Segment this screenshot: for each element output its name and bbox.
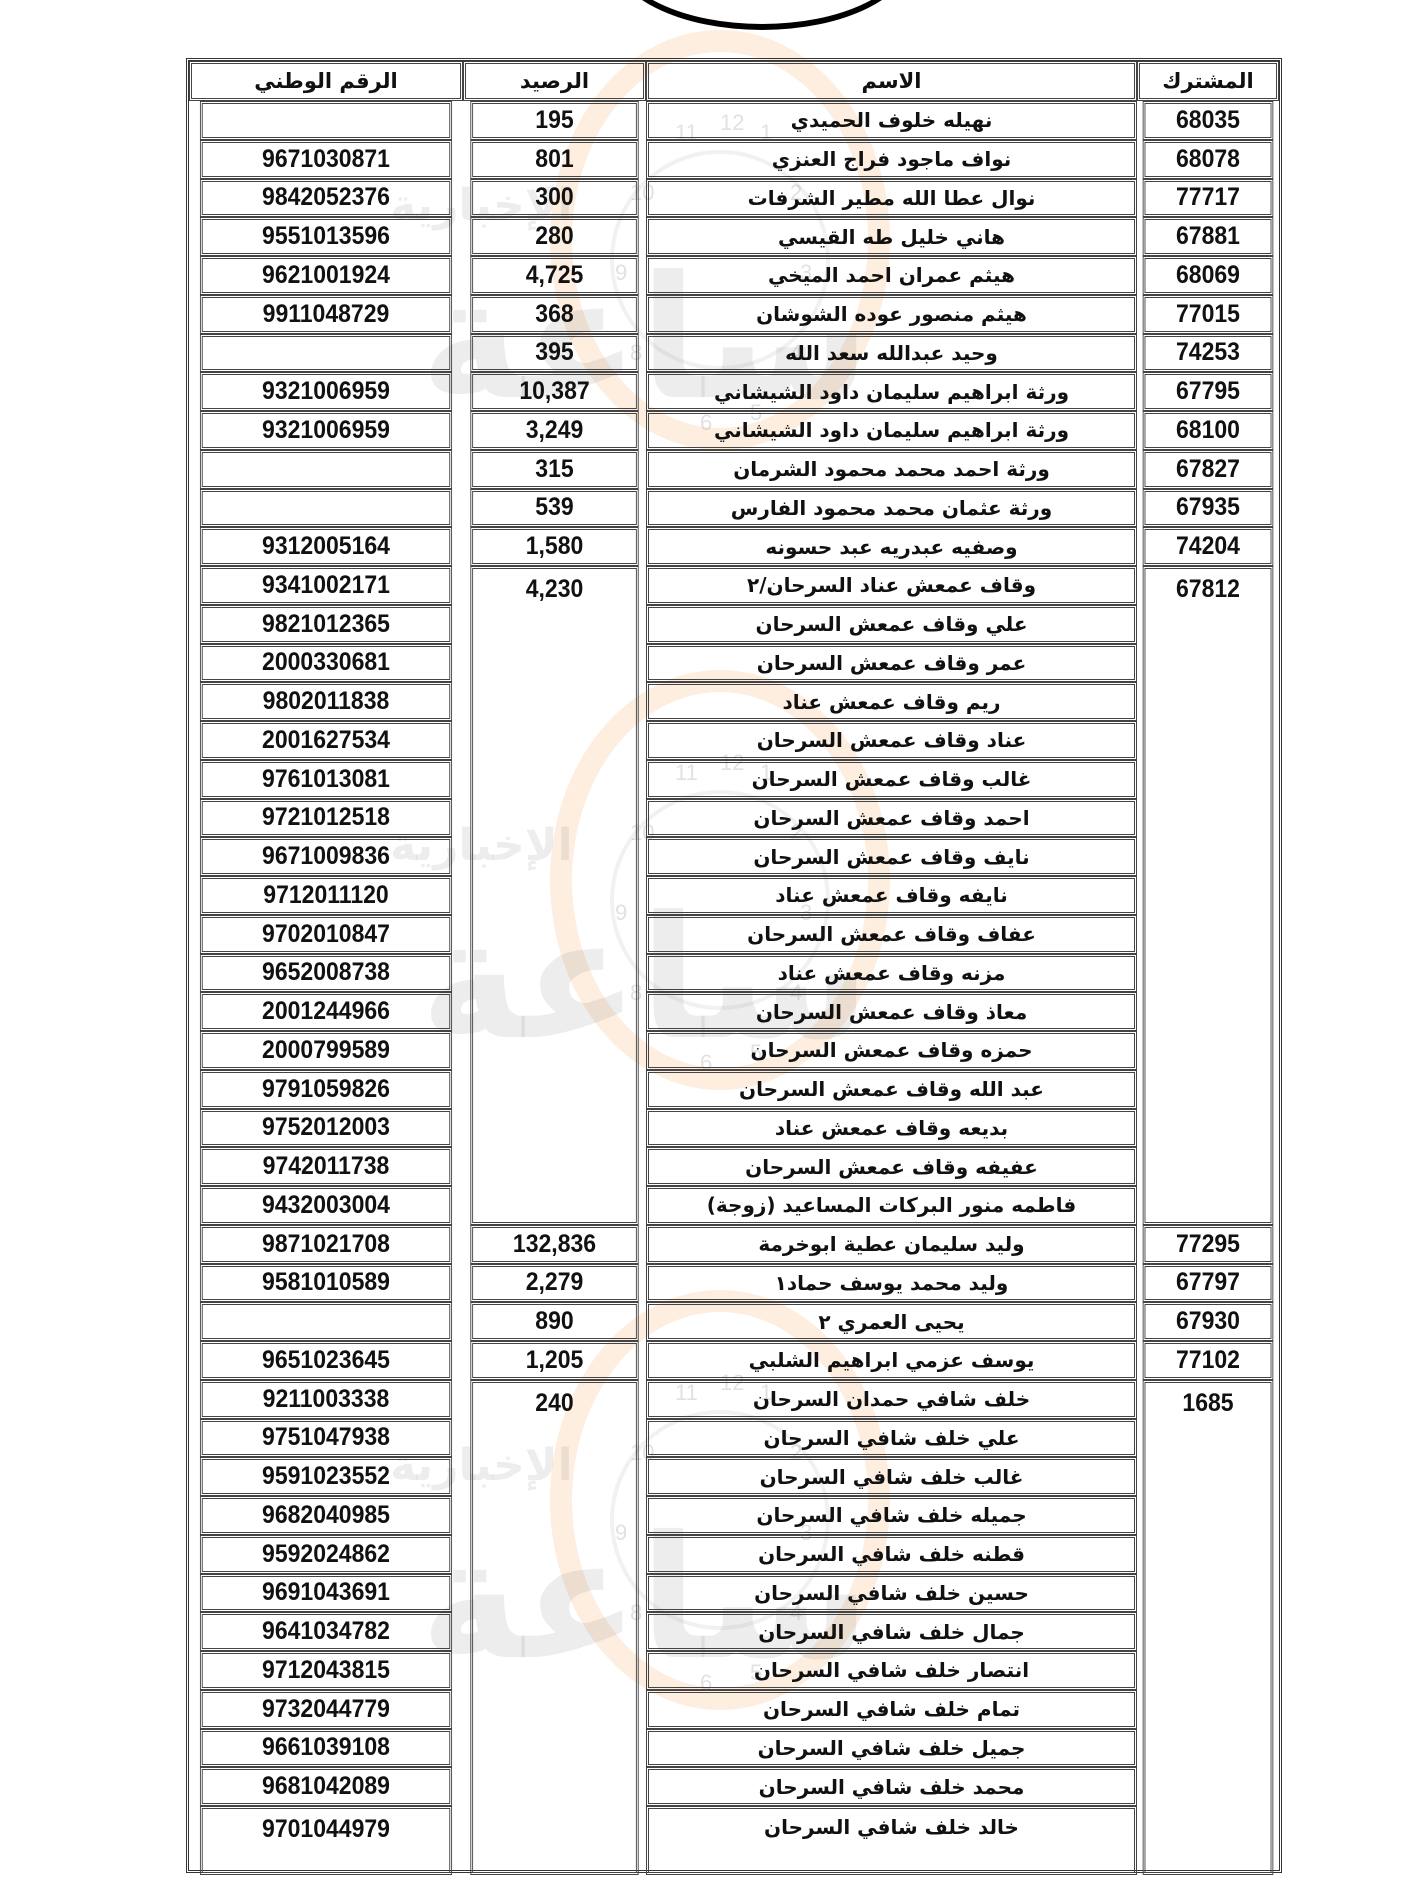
name-cell: غالب وقاف عمعش السرحان [646,760,1137,799]
name-cell: محمد خلف شافي السرحان [646,1767,1137,1806]
national-id-cell: 9651023645 [200,1341,452,1380]
national-id-cell: 9712011120 [200,876,452,915]
national-id-cell: 2000799589 [200,1031,452,1070]
national-id-cell: 9321006959 [200,411,452,450]
balance-table: الرقم الوطني الرصيد الاسم المشترك 680351… [186,58,1282,1873]
national-id-cell: 9432003004 [200,1186,452,1225]
name-cell: نواف ماجود فراج العنزي [646,140,1137,179]
name-cell: عبد الله وقاف عمعش السرحان [646,1070,1137,1109]
national-id-cell: 9721012518 [200,799,452,838]
name-cell: نوال عطا الله مطير الشرفات [646,179,1137,218]
national-id-cell: 9691043691 [200,1574,452,1613]
name-cell: وقاف عمعش عناد السرحان/٢ [646,566,1137,605]
name-cell: ريم وقاف عمعش عناد [646,682,1137,721]
name-cell: تمام خلف شافي السرحان [646,1690,1137,1729]
national-id-cell: 9652008738 [200,954,452,993]
name-cell: معاذ وقاف عمعش السرحان [646,992,1137,1031]
name-cell: عفاف وقاف عمعش السرحان [646,915,1137,954]
balance-cell: 300 [470,179,638,218]
national-id-cell [200,334,452,373]
subscriber-cell: 67797 [1143,1264,1274,1303]
subscriber-cell: 67827 [1143,450,1274,489]
subscriber-cell: 68100 [1143,411,1274,450]
name-cell: هيثم منصور عوده الشوشان [646,295,1137,334]
subscriber-cell: 67881 [1143,217,1274,256]
national-id-cell: 9661039108 [200,1729,452,1768]
national-id-cell: 9671030871 [200,140,452,179]
name-cell: يحيى العمري ٢ [646,1302,1137,1341]
name-cell: جمال خلف شافي السرحان [646,1612,1137,1651]
balance-cell: 280 [470,217,638,256]
name-cell: هيثم عمران احمد الميخي [646,256,1137,295]
national-id-cell: 9712043815 [200,1651,452,1690]
balance-cell: 4,230 [470,566,638,1225]
header-arc-decoration [612,0,912,30]
name-cell: ورثة ابراهيم سليمان داود الشيشاني [646,372,1137,411]
national-id-cell: 9671009836 [200,837,452,876]
header-balance: الرصيد [463,61,646,101]
subscriber-cell: 67935 [1143,489,1274,528]
name-cell: يوسف عزمي ابراهيم الشلبي [646,1341,1137,1380]
balance-cell: 132,836 [470,1225,638,1264]
national-id-cell: 2000330681 [200,644,452,683]
name-cell: خلف شافي حمدان السرحان [646,1380,1137,1419]
national-id-cell: 9341002171 [200,566,452,605]
national-id-cell: 9701044979 [200,1806,452,1875]
name-cell: خالد خلف شافي السرحان [646,1806,1137,1875]
name-cell: علي وقاف عمعش السرحان [646,605,1137,644]
name-cell: جميله خلف شافي السرحان [646,1496,1137,1535]
header-name: الاسم [646,61,1137,101]
subscriber-cell: 67795 [1143,372,1274,411]
name-cell: علي خلف شافي السرحان [646,1419,1137,1458]
national-id-cell: 2001627534 [200,721,452,760]
national-id-cell: 9312005164 [200,527,452,566]
balance-cell: 240 [470,1380,638,1875]
balance-cell: 1,580 [470,527,638,566]
subscriber-cell: 77015 [1143,295,1274,334]
national-id-cell: 9621001924 [200,256,452,295]
name-cell: وصفيه عبدريه عبد حسونه [646,527,1137,566]
national-id-cell: 9682040985 [200,1496,452,1535]
national-id-cell: 9681042089 [200,1767,452,1806]
name-cell: وليد محمد يوسف حماد١ [646,1264,1137,1303]
name-cell: حمزه وقاف عمعش السرحان [646,1031,1137,1070]
national-id-cell: 9641034782 [200,1612,452,1651]
national-id-cell: 9821012365 [200,605,452,644]
national-id-cell: 9581010589 [200,1264,452,1303]
national-id-cell: 9751047938 [200,1419,452,1458]
national-id-cell: 9321006959 [200,372,452,411]
subscriber-cell: 74253 [1143,334,1274,373]
national-id-cell: 9591023552 [200,1457,452,1496]
national-id-cell [200,1302,452,1341]
national-id-cell: 9871021708 [200,1225,452,1264]
subscriber-cell: 67930 [1143,1302,1274,1341]
national-id-cell: 9752012003 [200,1109,452,1148]
national-id-cell [200,450,452,489]
balance-cell: 539 [470,489,638,528]
balance-cell: 10,387 [470,372,638,411]
balance-cell: 4,725 [470,256,638,295]
national-id-cell: 9802011838 [200,682,452,721]
balance-cell: 890 [470,1302,638,1341]
balance-cell: 315 [470,450,638,489]
name-cell: عفيفه وقاف عمعش السرحان [646,1147,1137,1186]
name-cell: ورثة ابراهيم سليمان داود الشيشاني [646,411,1137,450]
balance-cell: 801 [470,140,638,179]
national-id-cell: 9211003338 [200,1380,452,1419]
national-id-cell [200,489,452,528]
name-cell: فاطمه منور البركات المساعيد (زوجة) [646,1186,1137,1225]
name-cell: انتصار خلف شافي السرحان [646,1651,1137,1690]
balance-cell: 1,205 [470,1341,638,1380]
name-cell: عناد وقاف عمعش السرحان [646,721,1137,760]
national-id-cell: 9791059826 [200,1070,452,1109]
national-id-cell: 9742011738 [200,1147,452,1186]
name-cell: ورثة عثمان محمد محمود الفارس [646,489,1137,528]
balance-cell: 2,279 [470,1264,638,1303]
name-cell: جميل خلف شافي السرحان [646,1729,1137,1768]
national-id-cell: 2001244966 [200,992,452,1031]
subscriber-cell: 74204 [1143,527,1274,566]
national-id-cell: 9842052376 [200,179,452,218]
name-cell: غالب خلف شافي السرحان [646,1457,1137,1496]
subscriber-cell: 68078 [1143,140,1274,179]
balance-cell: 195 [470,101,638,140]
subscriber-cell: 68035 [1143,101,1274,140]
name-cell: احمد وقاف عمعش السرحان [646,799,1137,838]
name-cell: ورثة احمد محمد محمود الشرمان [646,450,1137,489]
national-id-cell: 9702010847 [200,915,452,954]
subscriber-cell: 67812 [1143,566,1274,1225]
national-id-cell: 9761013081 [200,760,452,799]
subscriber-cell: 77295 [1143,1225,1274,1264]
header-subscriber: المشترك [1137,61,1279,101]
national-id-cell: 9551013596 [200,217,452,256]
name-cell: نهيله خلوف الحميدي [646,101,1137,140]
name-cell: مزنه وقاف عمعش عناد [646,954,1137,993]
national-id-cell: 9911048729 [200,295,452,334]
balance-cell: 395 [470,334,638,373]
name-cell: نايفه وقاف عمعش عناد [646,876,1137,915]
balance-cell: 368 [470,295,638,334]
name-cell: قطنه خلف شافي السرحان [646,1535,1137,1574]
name-cell: نايف وقاف عمعش السرحان [646,837,1137,876]
name-cell: وحيد عبدالله سعد الله [646,334,1137,373]
name-cell: وليد سليمان عطية ابوخرمة [646,1225,1137,1264]
subscriber-cell: 77717 [1143,179,1274,218]
balance-cell: 3,249 [470,411,638,450]
header-national-id: الرقم الوطني [189,61,463,101]
name-cell: حسين خلف شافي السرحان [646,1574,1137,1613]
national-id-cell: 9732044779 [200,1690,452,1729]
name-cell: بديعه وقاف عمعش عناد [646,1109,1137,1148]
subscriber-cell: 1685 [1143,1380,1274,1875]
subscriber-cell: 77102 [1143,1341,1274,1380]
name-cell: هاني خليل طه القيسي [646,217,1137,256]
subscriber-cell: 68069 [1143,256,1274,295]
name-cell: عمر وقاف عمعش السرحان [646,644,1137,683]
national-id-cell [200,101,452,140]
national-id-cell: 9592024862 [200,1535,452,1574]
